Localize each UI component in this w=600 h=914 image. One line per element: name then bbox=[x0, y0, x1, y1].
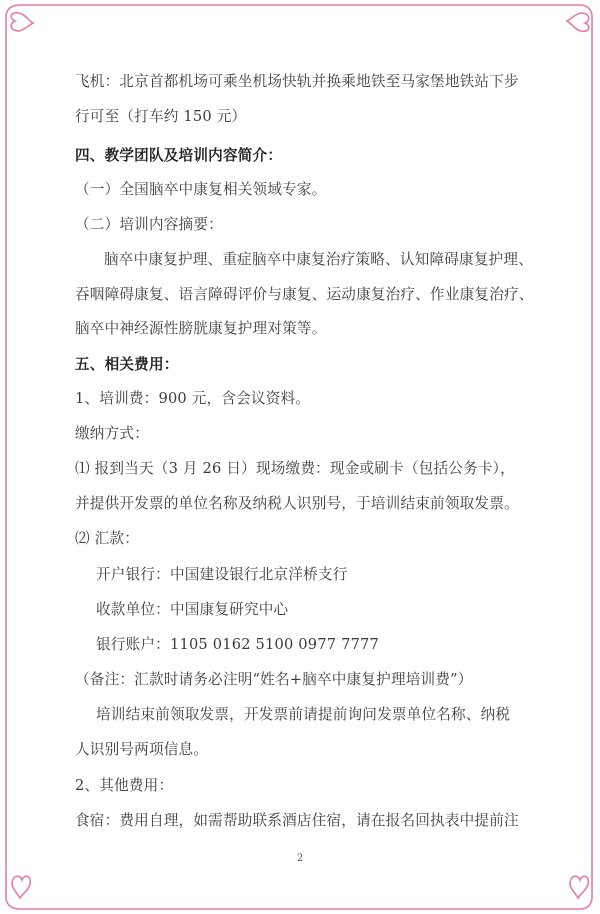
section-5-heading: 五、相关费用： bbox=[75, 355, 179, 375]
heart-icon bbox=[11, 13, 33, 31]
section-4-heading: 四、教学团队及培训内容简介： bbox=[75, 146, 282, 166]
summary-line: 吞咽障碍康复、语言障碍评价与康复、运动康复治疗、作业康复治疗、 bbox=[75, 285, 534, 305]
page-number: 2 bbox=[0, 853, 600, 864]
training-fee: 1、培训费：900 元，含会议资料。 bbox=[75, 389, 310, 409]
section-4-item-1: （一）全国脑卒中康复相关领域专家。 bbox=[75, 180, 327, 200]
other-fees-heading: 2、其他费用： bbox=[75, 776, 173, 796]
heart-icon bbox=[570, 876, 588, 898]
heart-icon bbox=[567, 13, 589, 31]
bank-name: 开户银行：中国建设银行北京洋桥支行 bbox=[96, 565, 348, 585]
transport-line-1: 飞机：北京首都机场可乘坐机场快轨并换乘地铁至马家堡地铁站下步 bbox=[75, 72, 519, 92]
payment-method-label: 缴纳方式： bbox=[75, 424, 149, 444]
invoice-line-2: 人识别号两项信息。 bbox=[75, 740, 208, 760]
summary-line: 脑卒中康复护理、重症脑卒中康复治疗策略、认知障碍康复护理、 bbox=[104, 250, 533, 270]
summary-line: 脑卒中神经源性膀胱康复护理对策等。 bbox=[75, 319, 327, 339]
payment-option-1-line-2: 并提供开发票的单位名称及纳税人识别号，于培训结束前领取发票。 bbox=[75, 494, 519, 514]
payment-option-1-line-1: ⑴ 报到当天（3 月 26 日）现场缴费：现金或刷卡（包括公务卡）， bbox=[75, 459, 515, 479]
remittance-note: （备注：汇款时请务必注明“姓名+脑卒中康复护理培训费”） bbox=[75, 670, 473, 690]
lodging-info: 食宿：费用自理，如需帮助联系酒店住宿，请在报名回执表中提前注 bbox=[75, 811, 519, 831]
heart-icon bbox=[12, 876, 30, 898]
payee-name: 收款单位：中国康复研究中心 bbox=[96, 600, 288, 620]
invoice-line-1: 培训结束前领取发票，开发票前请提前询问发票单位名称、纳税 bbox=[96, 705, 510, 725]
transport-line-2: 行可至（打车约 150 元） bbox=[75, 107, 246, 127]
payment-option-2-label: ⑵ 汇款： bbox=[75, 529, 139, 549]
bank-account: 银行账户：1105 0162 5100 0977 7777 bbox=[96, 635, 379, 655]
section-4-item-2: （二）培训内容摘要： bbox=[75, 215, 223, 235]
